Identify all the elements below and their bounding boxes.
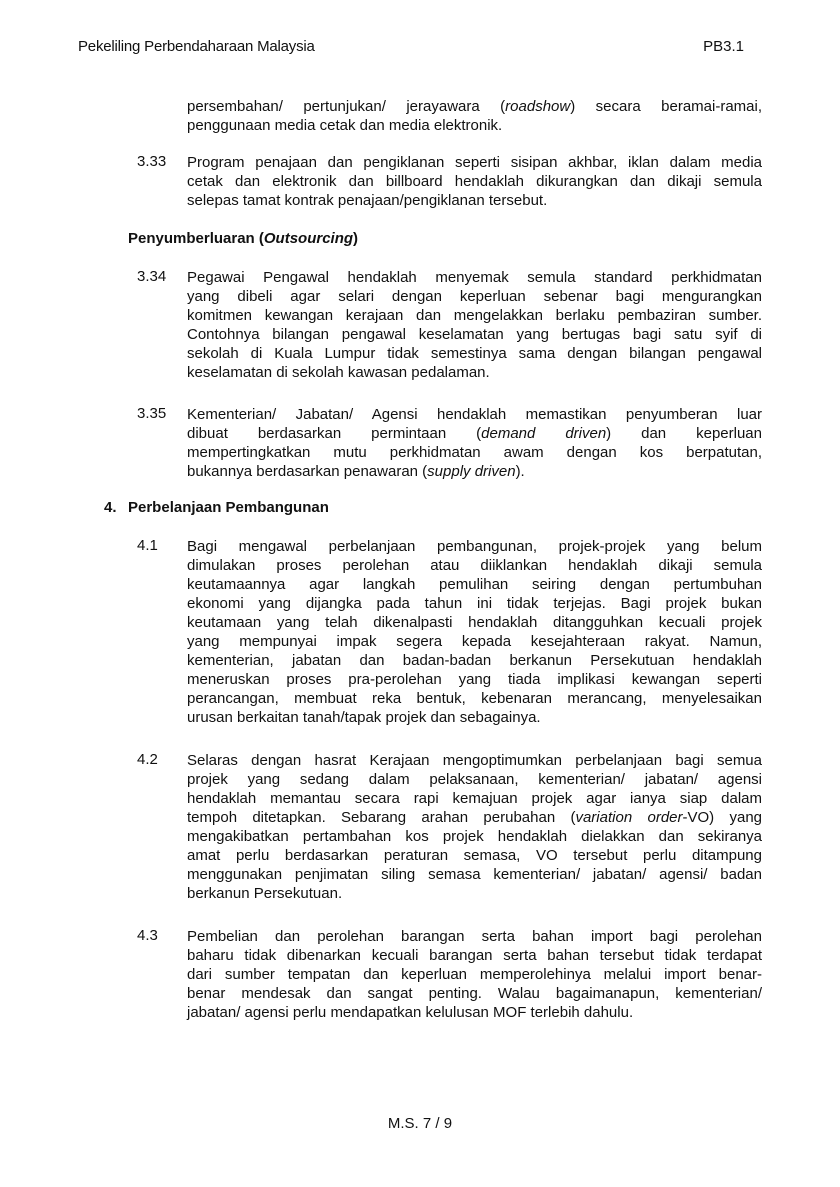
paragraph-number: 4.3: [137, 927, 158, 944]
document-code: PB3.1: [703, 38, 744, 55]
text-line: hendaklah memantau secara rapi kemajuan …: [187, 789, 762, 808]
text-line: Pembelian dan perolehan barangan serta b…: [187, 927, 762, 946]
text-line: berkanun Persekutuan.: [187, 884, 762, 903]
outsourcing-heading: Penyumberluaran (Outsourcing): [128, 230, 358, 247]
text-line: yang mempunyai impak segera kepada kesej…: [187, 632, 762, 651]
text-line: baharu tidak dibenarkan kecuali barangan…: [187, 946, 762, 965]
paragraph-3-33: Program penajaan dan pengiklanan seperti…: [187, 153, 762, 210]
text-line: yang dibeli agar selari dengan keperluan…: [187, 287, 762, 306]
text-line: Pegawai Pengawal hendaklah menyemak semu…: [187, 268, 762, 287]
text-line: Bagi mengawal perbelanjaan pembangunan, …: [187, 537, 762, 556]
text-line: tempoh ditetapkan. Sebarang arahan perub…: [187, 808, 762, 827]
text-line: keselamatan di sekolah kawasan pedalaman…: [187, 363, 762, 382]
continuation-paragraph: persembahan/ pertunjukan/ jerayawara (ro…: [187, 97, 762, 135]
text-line: cetak dan elektronik dan billboard henda…: [187, 172, 762, 191]
text-line: meneruskan proses pra-perolehan yang tia…: [187, 670, 762, 689]
text-line: persembahan/ pertunjukan/ jerayawara (ro…: [187, 97, 762, 116]
paragraph-4-1: Bagi mengawal perbelanjaan pembangunan, …: [187, 537, 762, 727]
paragraph-number: 4.2: [137, 751, 158, 768]
paragraph-4-2: Selaras dengan hasrat Kerajaan mengoptim…: [187, 751, 762, 903]
text-line: urusan berkaitan tanah/tapak projek dan …: [187, 708, 762, 727]
text-line: Program penajaan dan pengiklanan seperti…: [187, 153, 762, 172]
text-line: dibuat berdasarkan permintaan (demand dr…: [187, 424, 762, 443]
text-line: Contohnya bilangan pengawal keselamatan …: [187, 325, 762, 344]
paragraph-number: 3.34: [137, 268, 166, 285]
text-line: projek yang sedang dalam pelaksanaan, ke…: [187, 770, 762, 789]
text-line: bukannya berdasarkan penawaran (supply d…: [187, 462, 762, 481]
text-line: keutamaan yang telah dikenalpasti hendak…: [187, 613, 762, 632]
text-line: penggunaan media cetak dan media elektro…: [187, 116, 762, 135]
text-line: Selaras dengan hasrat Kerajaan mengoptim…: [187, 751, 762, 770]
text-line: dari sumber tempatan dan keperluan mempe…: [187, 965, 762, 984]
paragraph-3-34: Pegawai Pengawal hendaklah menyemak semu…: [187, 268, 762, 382]
text-line: mempertingkatkan mutu perkhidmatan awam …: [187, 443, 762, 462]
page-number: M.S. 7 / 9: [0, 1115, 840, 1132]
paragraph-number: 3.35: [137, 405, 166, 422]
paragraph-4-3: Pembelian dan perolehan barangan serta b…: [187, 927, 762, 1022]
section-4-heading: Perbelanjaan Pembangunan: [128, 499, 329, 516]
text-line: kementerian, jabatan dan badan-badan ber…: [187, 651, 762, 670]
text-line: perancangan, membuat reka bentuk, kebena…: [187, 689, 762, 708]
text-line: sekolah di Kuala Lumpur tidak semestinya…: [187, 344, 762, 363]
text-line: mengakibatkan pertambahan kos projek hen…: [187, 827, 762, 846]
document-header-title: Pekeliling Perbendaharaan Malaysia: [78, 38, 315, 55]
text-line: keutamaannya agar langkah pemulihan seir…: [187, 575, 762, 594]
text-line: ekonomi yang dijangka pada tahun ini tid…: [187, 594, 762, 613]
text-line: amat perlu berdasarkan peraturan semasa,…: [187, 846, 762, 865]
text-line: dimulakan proses perolehan atau diiklank…: [187, 556, 762, 575]
text-line: jabatan/ agensi perlu mendapatkan kelulu…: [187, 1003, 762, 1022]
text-line: benar mendesak dan sangat penting. Walau…: [187, 984, 762, 1003]
text-line: Kementerian/ Jabatan/ Agensi hendaklah m…: [187, 405, 762, 424]
paragraph-number: 4.1: [137, 537, 158, 554]
document-page: Pekeliling Perbendaharaan Malaysia PB3.1…: [0, 0, 840, 1187]
section-4-number: 4.: [104, 499, 117, 516]
text-line: komitmen kewangan kerajaan dan mengelakk…: [187, 306, 762, 325]
text-line: selepas tamat kontrak penajaan/pengiklan…: [187, 191, 762, 210]
text-line: menggunakan penjimatan siling semasa kem…: [187, 865, 762, 884]
paragraph-3-35: Kementerian/ Jabatan/ Agensi hendaklah m…: [187, 405, 762, 481]
paragraph-number: 3.33: [137, 153, 166, 170]
